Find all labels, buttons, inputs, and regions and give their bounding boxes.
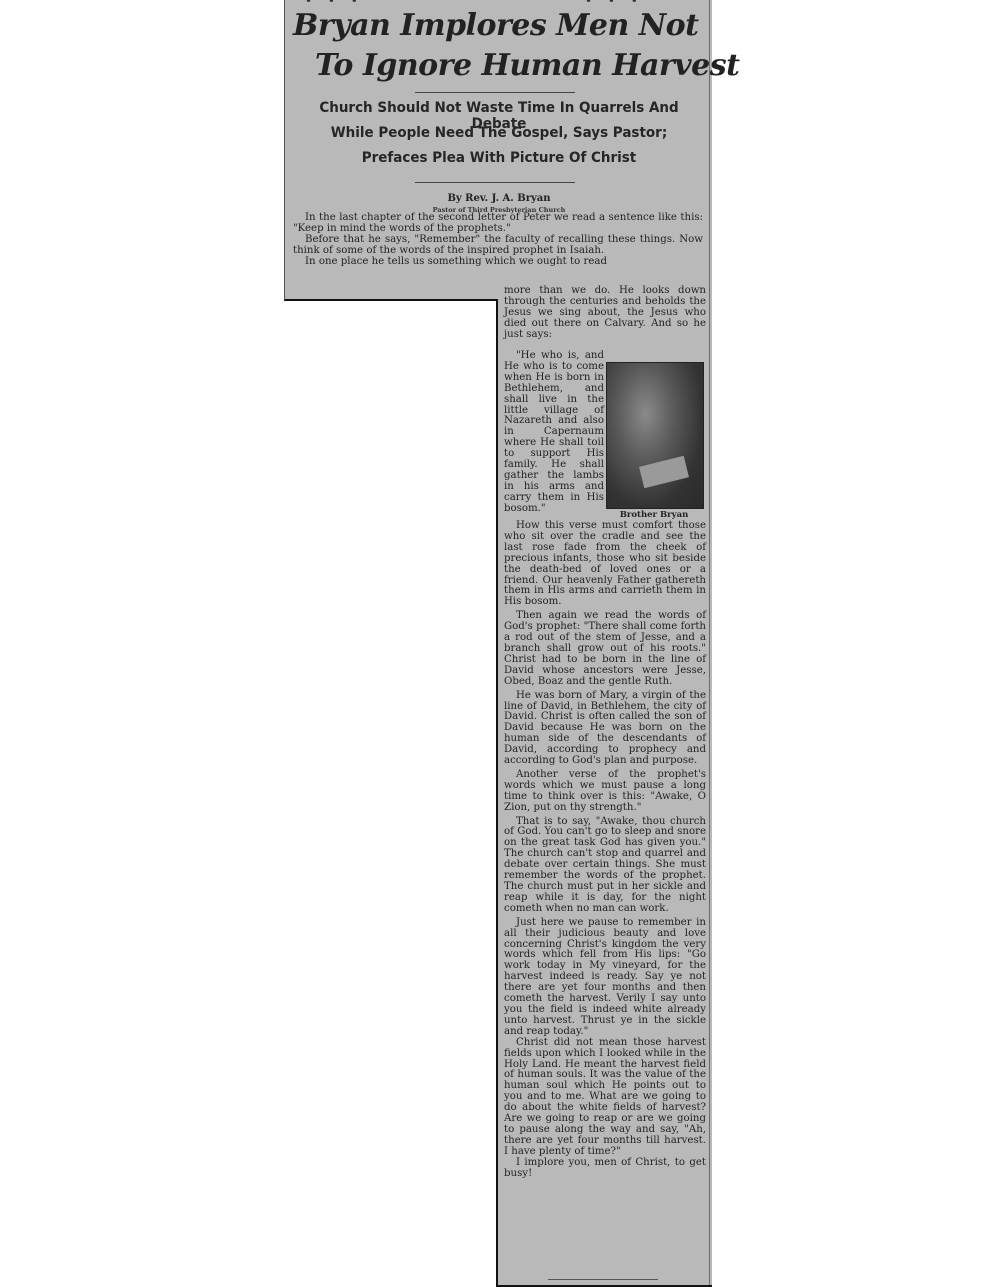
ornament-dots-right: • • •: [585, 0, 644, 8]
byline: By Rev. J. A. Bryan: [285, 193, 713, 204]
headline-line-2: To Ignore Human Harvest: [315, 48, 739, 83]
deck-line-2: While People Need The Gospel, Says Pasto…: [300, 125, 698, 141]
portrait-collar-shape: [639, 456, 689, 488]
top-body: In the last chapter of the second letter…: [293, 213, 703, 268]
headline-divider: [415, 92, 575, 93]
paragraph: Just here we pause to remember in all th…: [504, 918, 706, 1038]
paragraph: Before that he says, "Remember" the facu…: [293, 235, 703, 257]
ornament-dots-left: • • •: [305, 0, 364, 8]
paragraph: In the last chapter of the second letter…: [293, 213, 703, 235]
paragraph: That is to say, "Awake, thou church of G…: [504, 817, 706, 915]
portrait-photo: [606, 362, 704, 509]
end-of-article-rule: [548, 1279, 658, 1280]
paragraph: Then again we read the words of God's pr…: [504, 611, 706, 687]
article-column-block: more than we do. He looks down through t…: [496, 299, 712, 1287]
quote-wrap-text: "He who is, and He who is to come when H…: [504, 351, 604, 515]
column-intro: more than we do. He looks down through t…: [504, 286, 706, 341]
paragraph: I implore you, men of Christ, to get bus…: [504, 1158, 706, 1180]
photo-caption: Brother Bryan: [606, 510, 702, 520]
paragraph: How this verse must comfort those who si…: [504, 521, 706, 608]
paragraph: Another verse of the prophet's words whi…: [504, 770, 706, 814]
deck-divider: [415, 182, 575, 183]
column-body: How this verse must comfort those who si…: [504, 521, 706, 1179]
article-header-block: • • • • • • Bryan Implores Men Not To Ig…: [284, 0, 712, 301]
deck-line-3: Prefaces Plea With Picture Of Christ: [300, 150, 698, 166]
paragraph: Christ did not mean those harvest fields…: [504, 1038, 706, 1158]
column-rule: [709, 0, 710, 1285]
headline-line-1: Bryan Implores Men Not: [293, 8, 699, 43]
paragraph: In one place he tells us something which…: [293, 257, 703, 268]
paragraph: He was born of Mary, a virgin of the lin…: [504, 691, 706, 767]
